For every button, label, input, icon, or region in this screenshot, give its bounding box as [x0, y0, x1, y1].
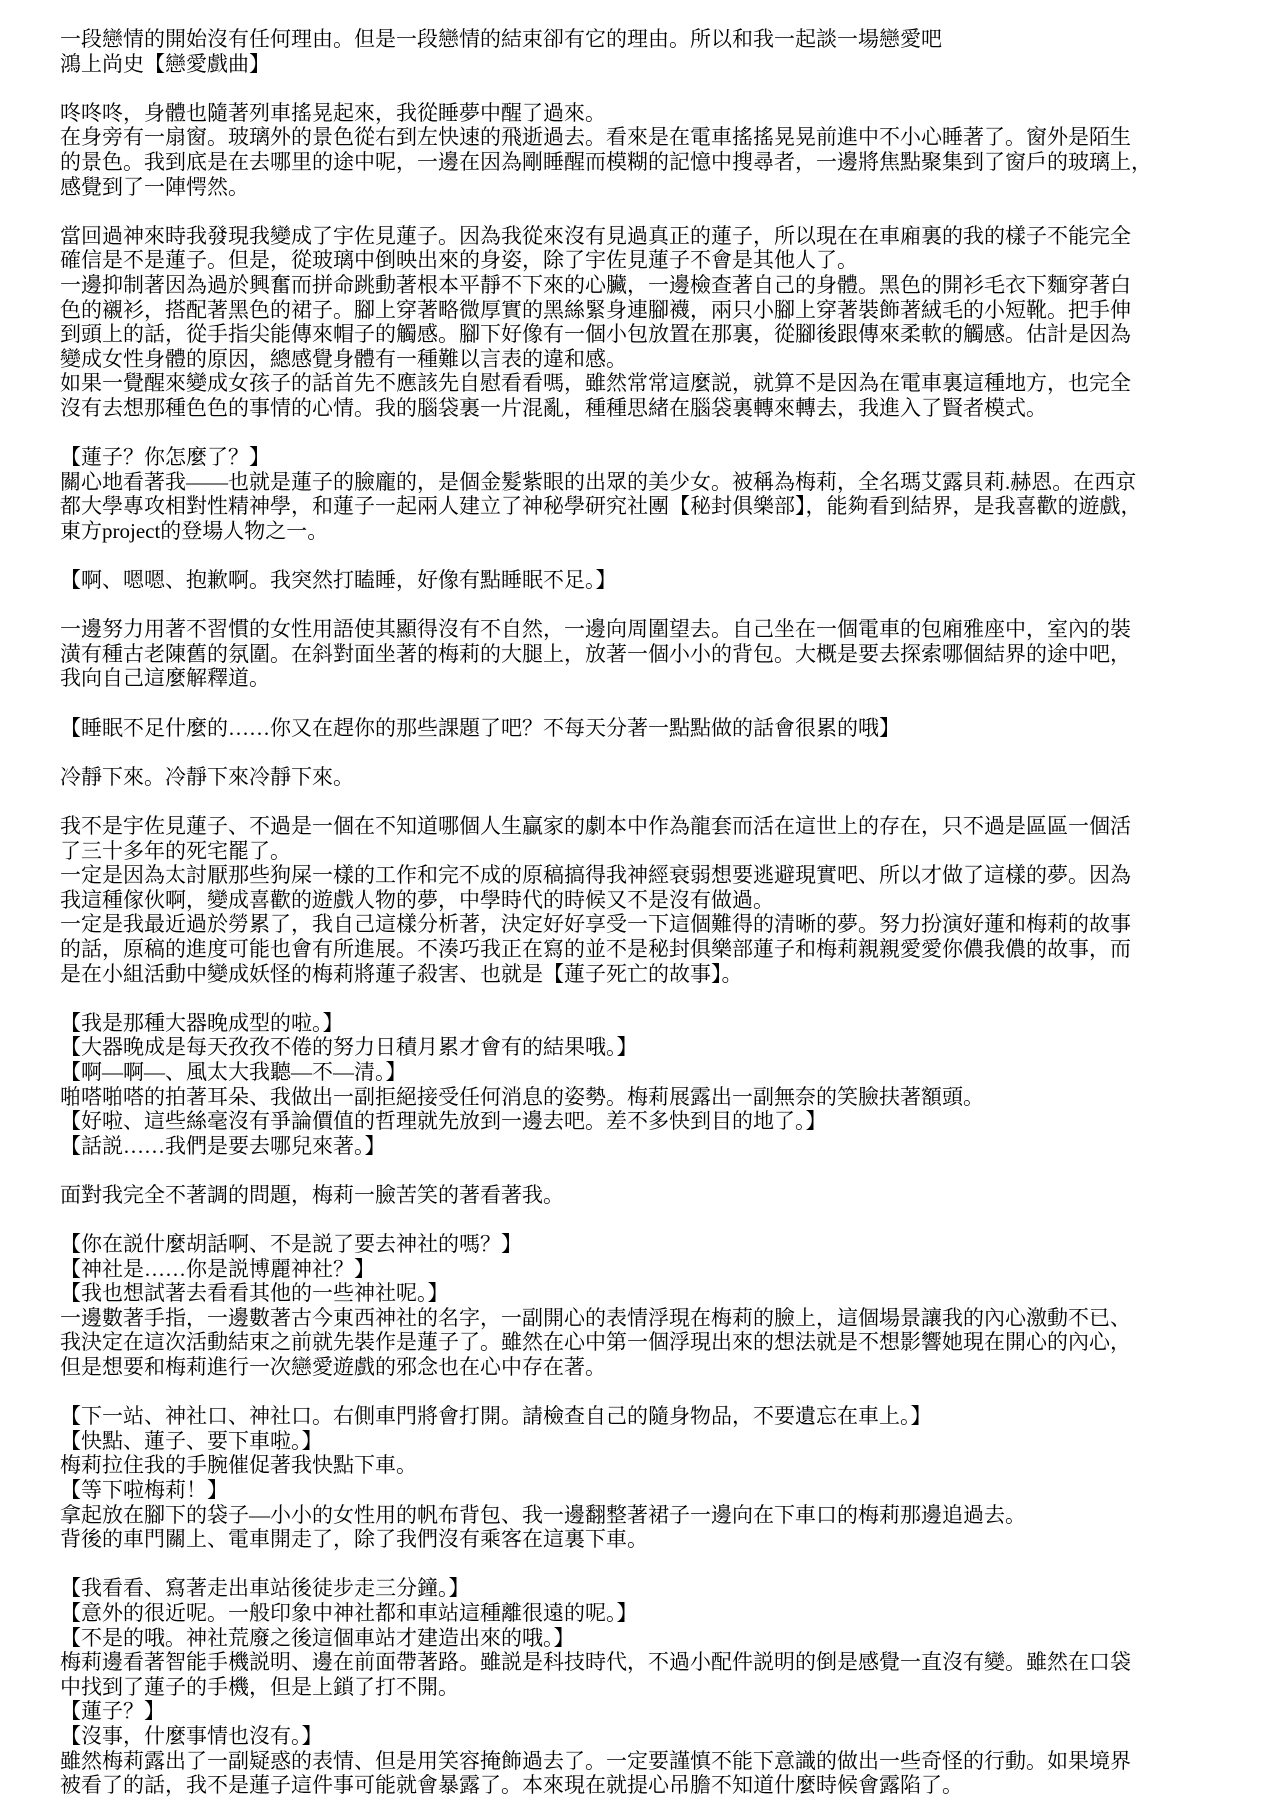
- paragraph: 一邊努力用著不習慣的女性用語使其顯得沒有不自然，一邊向周圍望去。自己坐在一個電車…: [60, 617, 1262, 691]
- text-line: 當回過神來時我發現我變成了宇佐見蓮子。因為我從來沒有見過真正的蓮子，所以現在在車…: [60, 224, 1262, 249]
- text-line: 【沒事，什麼事情也沒有。】: [60, 1724, 1262, 1749]
- text-line: 在身旁有一扇窗。玻璃外的景色從右到左快速的飛逝過去。看來是在電車搖搖晃晃前進中不…: [60, 125, 1262, 150]
- text-line: 【下一站、神社口、神社口。右側車門將會打開。請檢查自己的隨身物品，不要遺忘在車上…: [60, 1404, 1262, 1429]
- paragraph: 一段戀情的開始沒有任何理由。但是一段戀情的結束卻有它的理由。所以和我一起談一場戀…: [60, 27, 1262, 76]
- text-line: 變成女性身體的原因，總感覺身體有一種難以言表的違和感。: [60, 347, 1262, 372]
- text-line: 東方project的登場人物之一。: [60, 519, 1262, 544]
- text-line: 面對我完全不著調的問題，梅莉一臉苦笑的著看著我。: [60, 1183, 1262, 1208]
- text-line: 拿起放在腳下的袋子—小小的女性用的帆布背包、我一邊翻整著裙子一邊向在下車口的梅莉…: [60, 1503, 1262, 1528]
- text-line: 都大學專攻相對性精神學，和蓮子一起兩人建立了神秘學研究社團【秘封俱樂部】，能夠看…: [60, 494, 1262, 519]
- text-line: 【我也想試著去看看其他的一些神社呢。】: [60, 1281, 1262, 1306]
- paragraph: 【你在説什麼胡話啊、不是説了要去神社的嗎？】【神社是……你是説博麗神社？】【我也…: [60, 1232, 1262, 1380]
- text-line: 一邊抑制著因為過於興奮而拼命跳動著根本平靜不下來的心臟，一邊檢查著自己的身體。黑…: [60, 273, 1262, 298]
- text-line: 一邊努力用著不習慣的女性用語使其顯得沒有不自然，一邊向周圍望去。自己坐在一個電車…: [60, 617, 1262, 642]
- text-line: 冷靜下來。冷靜下來冷靜下來。: [60, 765, 1262, 790]
- text-line: 【大器晚成是每天孜孜不倦的努力日積月累才會有的結果哦。】: [60, 1035, 1262, 1060]
- paragraph: 【睡眠不足什麼的……你又在趕你的那些課題了吧？不每天分著一點點做的話會很累的哦】: [60, 716, 1262, 741]
- text-line: 沒有去想那種色色的事情的心情。我的腦袋裏一片混亂，種種思緒在腦袋裏轉來轉去，我進…: [60, 396, 1262, 421]
- text-line: 我決定在這次活動結束之前就先裝作是蓮子了。雖然在心中第一個浮現出來的想法就是不想…: [60, 1330, 1262, 1355]
- paragraph: 【下一站、神社口、神社口。右側車門將會打開。請檢查自己的隨身物品，不要遺忘在車上…: [60, 1404, 1262, 1552]
- text-line: 一邊數著手指，一邊數著古今東西神社的名字，一副開心的表情浮現在梅莉的臉上，這個場…: [60, 1306, 1262, 1331]
- text-line: 是在小組活動中變成妖怪的梅莉將蓮子殺害、也就是【蓮子死亡的故事】。: [60, 962, 1262, 987]
- paragraph: 面對我完全不著調的問題，梅莉一臉苦笑的著看著我。: [60, 1183, 1262, 1208]
- text-line: 潢有種古老陳舊的氛圍。在斜對面坐著的梅莉的大腿上，放著一個小小的背包。大概是要去…: [60, 642, 1262, 667]
- text-line: 的話，原稿的進度可能也會有所進展。不湊巧我正在寫的並不是秘封俱樂部蓮子和梅莉親親…: [60, 937, 1262, 962]
- text-line: 如果一覺醒來變成女孩子的話首先不應該先自慰看看嗎，雖然常常這麼説，就算不是因為在…: [60, 371, 1262, 396]
- paragraph: 咚咚咚，身體也隨著列車搖晃起來，我從睡夢中醒了過來。在身旁有一扇窗。玻璃外的景色…: [60, 101, 1262, 199]
- text-line: 關心地看著我——也就是蓮子的臉龐的，是個金髮紫眼的出眾的美少女。被稱為梅莉，全名…: [60, 470, 1262, 495]
- text-line: 的景色。我到底是在去哪里的途中呢，一邊在因為剛睡醒而模糊的記憶中搜尋者，一邊將焦…: [60, 150, 1262, 175]
- text-line: 梅莉邊看著智能手機説明、邊在前面帶著路。雖説是科技時代，不過小配件説明的倒是感覺…: [60, 1650, 1262, 1675]
- text-line: 了三十多年的死宅罷了。: [60, 839, 1262, 864]
- text-line: 【蓮子？你怎麼了？】: [60, 445, 1262, 470]
- text-line: 到頭上的話，從手指尖能傳來帽子的觸感。腳下好像有一個小包放置在那裏，從腳後跟傳來…: [60, 322, 1262, 347]
- text-line: 【你在説什麼胡話啊、不是説了要去神社的嗎？】: [60, 1232, 1262, 1257]
- text-line: 一定是因為太討厭那些狗屎一樣的工作和完不成的原稿搞得我神經衰弱想要逃避現實吧、所…: [60, 863, 1262, 888]
- text-line: 【快點、蓮子、要下車啦。】: [60, 1429, 1262, 1454]
- text-line: 【話説……我們是要去哪兒來著。】: [60, 1134, 1262, 1159]
- text-line: 【好啦、這些絲毫沒有爭論價值的哲理就先放到一邊去吧。差不多快到目的地了。】: [60, 1109, 1262, 1134]
- paragraph: 當回過神來時我發現我變成了宇佐見蓮子。因為我從來沒有見過真正的蓮子，所以現在在車…: [60, 224, 1262, 421]
- text-line: 我向自己這麼解釋道。: [60, 666, 1262, 691]
- paragraph: 【我是那種大器晚成型的啦。】【大器晚成是每天孜孜不倦的努力日積月累才會有的結果哦…: [60, 1011, 1262, 1159]
- text-line: 【不是的哦。神社荒廢之後這個車站才建造出來的哦。】: [60, 1626, 1262, 1651]
- text-line: 咚咚咚，身體也隨著列車搖晃起來，我從睡夢中醒了過來。: [60, 101, 1262, 126]
- paragraph: 【蓮子？你怎麼了？】關心地看著我——也就是蓮子的臉龐的，是個金髮紫眼的出眾的美少…: [60, 445, 1262, 543]
- text-line: 中找到了蓮子的手機，但是上鎖了打不開。: [60, 1675, 1262, 1700]
- text-line: 但是想要和梅莉進行一次戀愛遊戲的邪念也在心中存在著。: [60, 1355, 1262, 1380]
- text-line: 一定是我最近過於勞累了，我自己這樣分析著，決定好好享受一下這個難得的清晰的夢。努…: [60, 912, 1262, 937]
- paragraph: 冷靜下來。冷靜下來冷靜下來。: [60, 765, 1262, 790]
- text-line: 感覺到了一陣愕然。: [60, 175, 1262, 200]
- text-line: 確信是不是蓮子。但是，從玻璃中倒映出來的身姿，除了宇佐見蓮子不會是其他人了。: [60, 248, 1262, 273]
- paragraph: 我不是宇佐見蓮子、不過是一個在不知道哪個人生贏家的劇本中作為龍套而活在這世上的存…: [60, 814, 1262, 986]
- paragraph: 【我看看、寫著走出車站後徒步走三分鐘。】【意外的很近呢。一般印象中神社都和車站這…: [60, 1576, 1262, 1797]
- text-line: 我這種傢伙啊，變成喜歡的遊戲人物的夢，中學時代的時候又不是沒有做過。: [60, 888, 1262, 913]
- text-line: 【我看看、寫著走出車站後徒步走三分鐘。】: [60, 1576, 1262, 1601]
- text-line: 【啊—啊—、風太大我聽—不—清。】: [60, 1060, 1262, 1085]
- text-line: 色的襯衫，搭配著黑色的裙子。腳上穿著略微厚實的黑絲緊身連腳襪，兩只小腳上穿著裝飾…: [60, 298, 1262, 323]
- text-line: 【睡眠不足什麼的……你又在趕你的那些課題了吧？不每天分著一點點做的話會很累的哦】: [60, 716, 1262, 741]
- text-line: 【蓮子？】: [60, 1699, 1262, 1724]
- text-line: 一段戀情的開始沒有任何理由。但是一段戀情的結束卻有它的理由。所以和我一起談一場戀…: [60, 27, 1262, 52]
- paragraph: 【啊、嗯嗯、抱歉啊。我突然打瞌睡，好像有點睡眠不足。】: [60, 568, 1262, 593]
- text-line: 啪嗒啪嗒的拍著耳朵、我做出一副拒絕接受任何消息的姿勢。梅莉展露出一副無奈的笑臉扶…: [60, 1085, 1262, 1110]
- text-line: 【我是那種大器晚成型的啦。】: [60, 1011, 1262, 1036]
- text-line: 【啊、嗯嗯、抱歉啊。我突然打瞌睡，好像有點睡眠不足。】: [60, 568, 1262, 593]
- text-line: 背後的車門關上、電車開走了，除了我們沒有乘客在這裏下車。: [60, 1527, 1262, 1552]
- text-line: 【等下啦梅莉！】: [60, 1478, 1262, 1503]
- document-page: 一段戀情的開始沒有任何理由。但是一段戀情的結束卻有它的理由。所以和我一起談一場戀…: [0, 0, 1280, 1816]
- text-line: 梅莉拉住我的手腕催促著我快點下車。: [60, 1453, 1262, 1478]
- text-line: 我不是宇佐見蓮子、不過是一個在不知道哪個人生贏家的劇本中作為龍套而活在這世上的存…: [60, 814, 1262, 839]
- text-line: 雖然梅莉露出了一副疑惑的表情、但是用笑容掩飾過去了。一定要謹慎不能下意識的做出一…: [60, 1749, 1262, 1774]
- text-line: 被看了的話，我不是蓮子這件事可能就會暴露了。本來現在就提心吊膽不知道什麼時候會露…: [60, 1773, 1262, 1798]
- text-line: 【意外的很近呢。一般印象中神社都和車站這種離很遠的呢。】: [60, 1601, 1262, 1626]
- text-line: 【神社是……你是説博麗神社？】: [60, 1257, 1262, 1282]
- text-line: 鴻上尚史【戀愛戲曲】: [60, 52, 1262, 77]
